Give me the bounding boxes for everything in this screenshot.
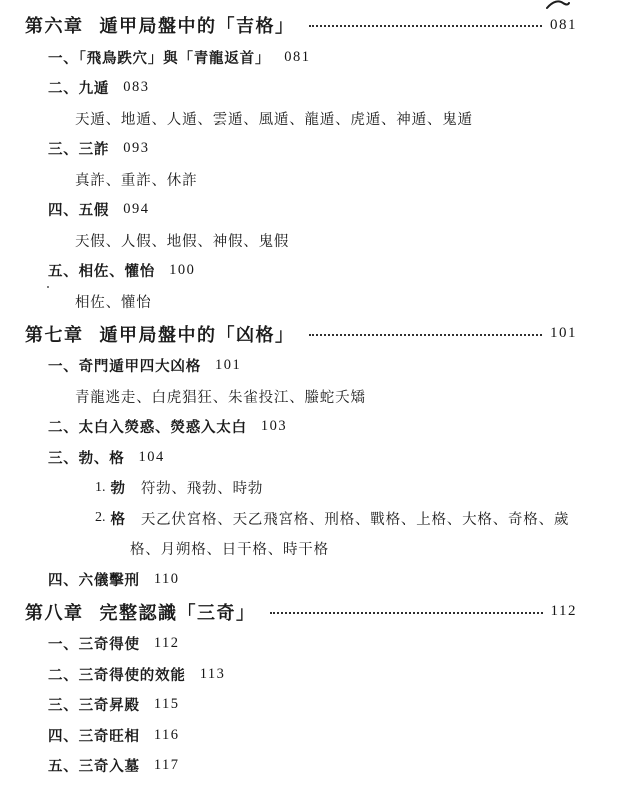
chapter-heading-row: 第七章 遁甲局盤中的「凶格」 101 bbox=[25, 317, 577, 351]
dot-leader bbox=[309, 334, 543, 336]
numbered-prefix: 1. bbox=[95, 480, 106, 496]
toc-item-text: 二、九遁 bbox=[48, 77, 109, 98]
chapter-page-number: 101 bbox=[550, 325, 577, 342]
chapter-number: 第七章 bbox=[25, 321, 84, 347]
numbered-label: 格 bbox=[111, 508, 126, 529]
toc-numbered-line: 1. 勃 符勃、飛勃、時勃 bbox=[25, 473, 577, 504]
toc-detail-text: 相佐、懽怡 bbox=[75, 291, 152, 312]
toc-item-text: 四、三奇旺相 bbox=[48, 725, 140, 746]
numbered-text: 天乙伏宮格、天乙飛宮格、刑格、戰格、上格、大格、奇格、歲 bbox=[141, 508, 569, 529]
toc-item-page-number: 081 bbox=[284, 49, 310, 66]
toc-item-text: 一、「飛鳥跌穴」與「青龍返首」 bbox=[48, 47, 270, 68]
toc-item: 四、三奇旺相 116 bbox=[25, 720, 577, 751]
chapter-number: 第六章 bbox=[25, 12, 84, 38]
toc-item-text: 三、勃、格 bbox=[48, 447, 125, 468]
toc-item: 二、太白入熒惑、熒惑入太白 103 bbox=[25, 412, 577, 443]
toc-page: 第六章 遁甲局盤中的「吉格」 081 一、「飛鳥跌穴」與「青龍返首」 081 二… bbox=[0, 0, 635, 799]
toc-continuation-line: 格、月朔格、日干格、時干格 bbox=[25, 534, 577, 565]
numbered-prefix: 2. bbox=[95, 510, 106, 526]
toc-numbered-line: 2. 格 天乙伏宮格、天乙飛宮格、刑格、戰格、上格、大格、奇格、歲 bbox=[25, 503, 577, 534]
toc-detail-text: 天假、人假、地假、神假、鬼假 bbox=[75, 230, 289, 251]
toc-item-page-number: 100 bbox=[169, 262, 195, 279]
toc-item-page-number: 104 bbox=[139, 449, 165, 466]
toc-item-text: 三、三詐 bbox=[48, 138, 109, 159]
toc-item-text: 五、相佐、懽怡 bbox=[48, 260, 155, 281]
toc-item: 二、三奇得使的效能 113 bbox=[25, 659, 577, 690]
toc-item-text: 三、三奇昇殿 bbox=[48, 694, 140, 715]
toc-item-text: 一、三奇得使 bbox=[48, 633, 140, 654]
toc-item: 二、九遁 083 bbox=[25, 73, 577, 104]
toc-item-page-number: 110 bbox=[154, 571, 180, 588]
toc-detail-line: 天假、人假、地假、神假、鬼假 bbox=[25, 225, 577, 256]
toc-item-text: 二、太白入熒惑、熒惑入太白 bbox=[48, 416, 247, 437]
toc-item: 五、相佐、懽怡 100 bbox=[25, 256, 577, 287]
toc-item-page-number: 103 bbox=[261, 418, 287, 435]
scan-corner-artifact bbox=[546, 0, 570, 10]
chapter-page-number: 081 bbox=[550, 17, 577, 34]
toc-detail-line: 真詐、重詐、休詐 bbox=[25, 164, 577, 195]
toc-detail-line: 相佐、懽怡 bbox=[25, 286, 577, 317]
chapter-title: 完整認識「三奇」 bbox=[100, 599, 256, 625]
toc-item-page-number: 094 bbox=[123, 201, 149, 218]
toc-detail-text: 青龍逃走、白虎猖狂、朱雀投江、螣蛇夭矯 bbox=[75, 386, 366, 407]
toc-item: 四、五假 094 bbox=[25, 195, 577, 226]
toc-detail-line: 青龍逃走、白虎猖狂、朱雀投江、螣蛇夭矯 bbox=[25, 381, 577, 412]
toc-detail-text: 天遁、地遁、人遁、雲遁、風遁、龍遁、虎遁、神遁、鬼遁 bbox=[75, 108, 473, 129]
chapter-title: 遁甲局盤中的「凶格」 bbox=[100, 321, 295, 347]
chapter-heading-row: 第六章 遁甲局盤中的「吉格」 081 bbox=[25, 8, 577, 42]
toc-item: 四、六儀擊刑 110 bbox=[25, 564, 577, 595]
toc-item-page-number: 112 bbox=[154, 635, 180, 652]
toc-item: 三、三奇昇殿 115 bbox=[25, 690, 577, 721]
toc-item-text: 四、六儀擊刑 bbox=[48, 569, 140, 590]
toc-item: 一、「飛鳥跌穴」與「青龍返首」 081 bbox=[25, 42, 577, 73]
toc-item: 五、三奇入墓 117 bbox=[25, 751, 577, 782]
toc-item-page-number: 113 bbox=[200, 666, 226, 683]
dot-leader bbox=[270, 612, 543, 614]
toc-item-page-number: 115 bbox=[154, 696, 180, 713]
dot-leader bbox=[309, 25, 543, 27]
toc-item: 一、三奇得使 112 bbox=[25, 629, 577, 660]
toc-item-text: 二、三奇得使的效能 bbox=[48, 664, 186, 685]
continuation-text: 格、月朔格、日干格、時干格 bbox=[130, 538, 329, 559]
scan-speck-artifact bbox=[47, 286, 49, 288]
toc-item: 三、勃、格 104 bbox=[25, 442, 577, 473]
toc-item: 三、三詐 093 bbox=[25, 134, 577, 165]
chapter-title: 遁甲局盤中的「吉格」 bbox=[100, 12, 295, 38]
chapter-heading-row: 第八章 完整認識「三奇」 112 bbox=[25, 595, 577, 629]
toc-item: 一、奇門遁甲四大凶格 101 bbox=[25, 351, 577, 382]
toc-item-page-number: 083 bbox=[123, 79, 149, 96]
toc-item-text: 一、奇門遁甲四大凶格 bbox=[48, 355, 201, 376]
chapter-number: 第八章 bbox=[25, 599, 84, 625]
toc-detail-text: 真詐、重詐、休詐 bbox=[75, 169, 197, 190]
numbered-label: 勃 bbox=[111, 477, 126, 498]
chapter-page-number: 112 bbox=[551, 603, 577, 620]
toc-item-text: 五、三奇入墓 bbox=[48, 755, 140, 776]
toc-item-page-number: 093 bbox=[123, 140, 149, 157]
toc-detail-line: 天遁、地遁、人遁、雲遁、風遁、龍遁、虎遁、神遁、鬼遁 bbox=[25, 103, 577, 134]
numbered-text: 符勃、飛勃、時勃 bbox=[141, 477, 263, 498]
toc-item-page-number: 101 bbox=[215, 357, 241, 374]
toc-item-page-number: 117 bbox=[154, 757, 180, 774]
toc-item-text: 四、五假 bbox=[48, 199, 109, 220]
toc-item-page-number: 116 bbox=[154, 727, 180, 744]
